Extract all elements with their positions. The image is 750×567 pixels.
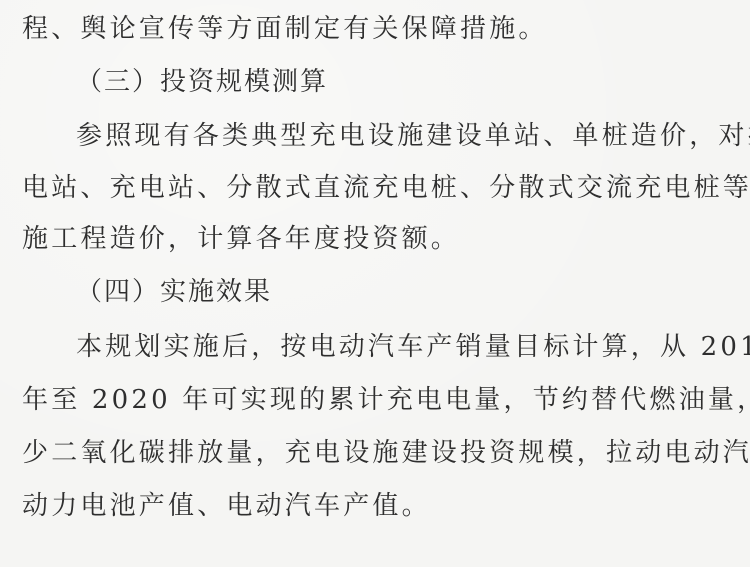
text-line-8: 年至 2020 年可实现的累计充电电量，节约替代燃油量，减 xyxy=(22,385,750,415)
text-line-3: 参照现有各类典型充电设施建设单站、单桩造价，对换 xyxy=(76,121,750,151)
section-heading-3: （三）投资规模测算 xyxy=(76,67,328,97)
text-line-10: 动力电池产值、电动汽车产值。 xyxy=(22,491,431,521)
section-heading-4: （四）实施效果 xyxy=(76,277,272,307)
text-line-4: 电站、充电站、分散式直流充电桩、分散式交流充电桩等设 xyxy=(22,173,750,203)
text-line-7: 本规划实施后，按电动汽车产销量目标计算，从 2016 xyxy=(76,332,750,362)
text-line-1: 程、舆论宣传等方面制定有关保障措施。 xyxy=(22,14,548,44)
text-line-9: 少二氧化碳排放量，充电设施建设投资规模，拉动电动汽车 xyxy=(22,438,750,468)
document-page: 程、舆论宣传等方面制定有关保障措施。 （三）投资规模测算 参照现有各类典型充电设… xyxy=(0,0,750,567)
text-line-5: 施工程造价，计算各年度投资额。 xyxy=(22,224,460,254)
